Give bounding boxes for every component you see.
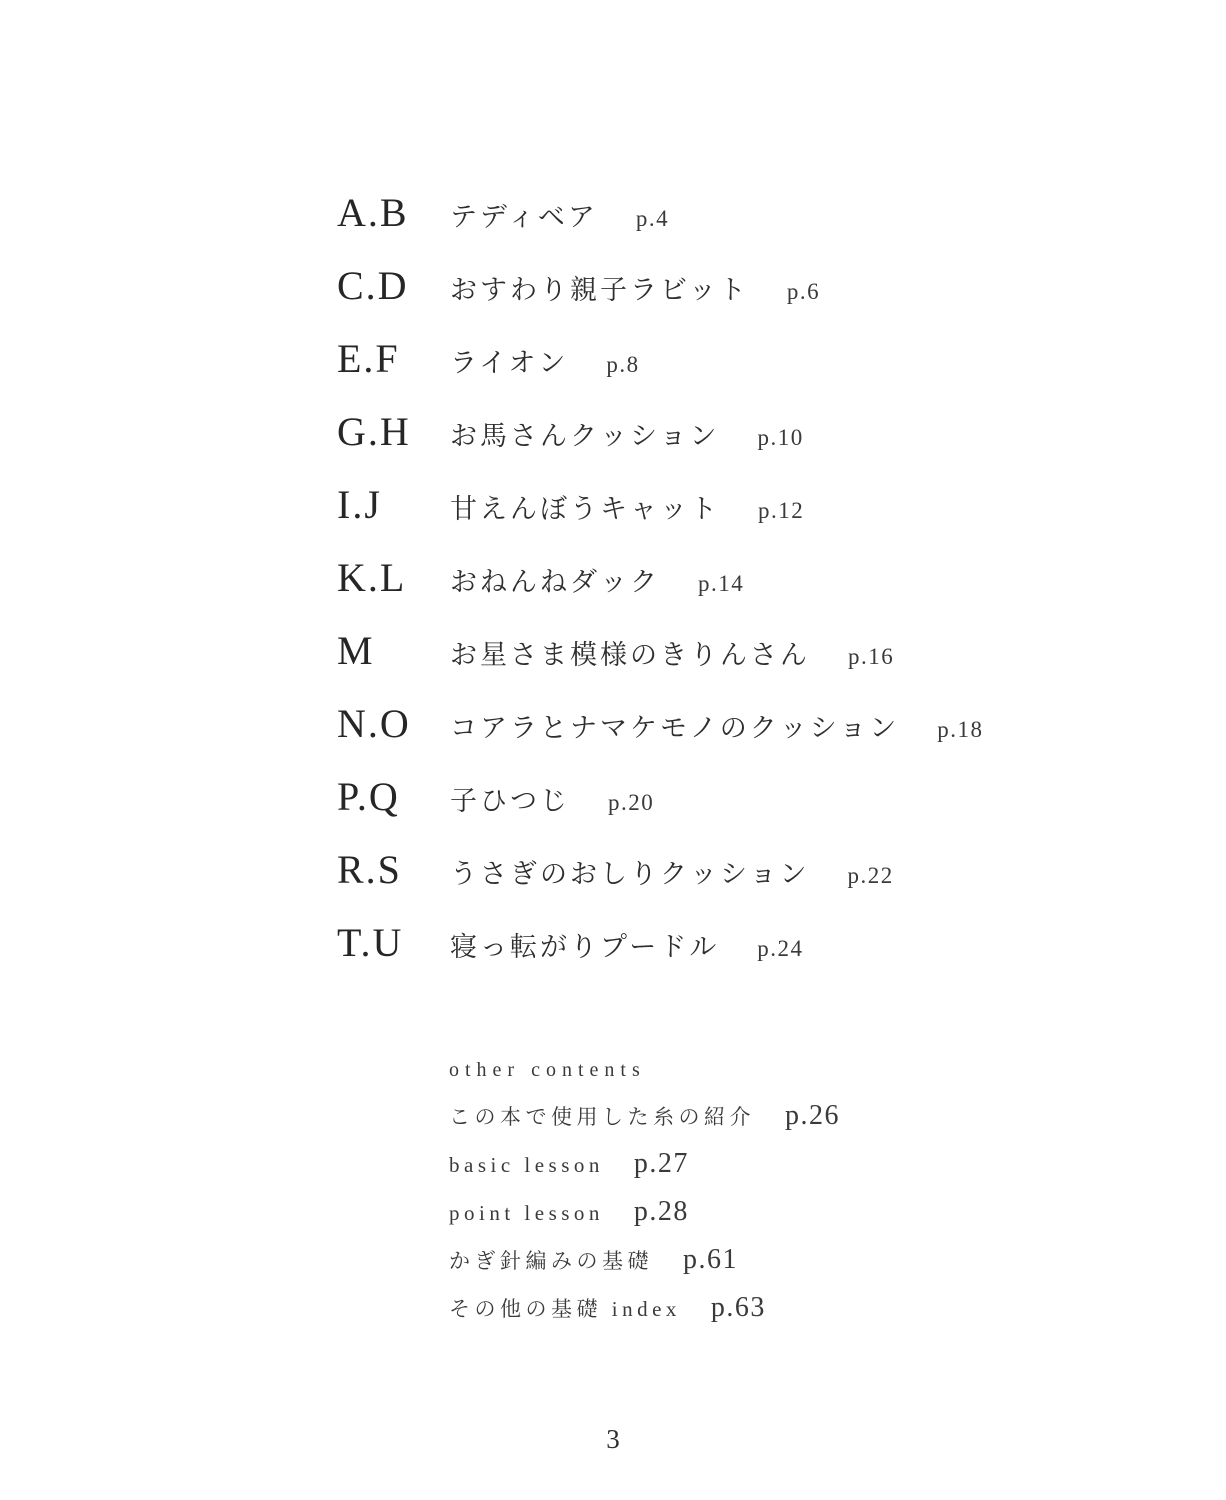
toc-entry: N.O コアラとナマケモノのクッション p.18 [337, 704, 983, 744]
toc-entry: G.H お馬さんクッション p.10 [337, 412, 983, 452]
toc-entry-page: p.22 [847, 864, 893, 887]
toc-entry: E.F ライオン p.8 [337, 339, 983, 379]
toc-entry-label: M [337, 631, 450, 671]
toc-entry-page: p.20 [608, 791, 654, 814]
toc-entry-title: 甘えんぼうキャット [450, 496, 720, 523]
toc-entry: R.S うさぎのおしりクッション p.22 [337, 850, 983, 890]
toc-entry: C.D おすわり親子ラビット p.6 [337, 266, 983, 306]
other-contents-page: p.28 [634, 1198, 689, 1226]
toc-list: A.B テディベア p.4 C.D おすわり親子ラビット p.6 E.F ライオ… [337, 193, 983, 963]
toc-entry-title: お馬さんクッション [450, 423, 719, 450]
toc-entry-label: K.L [337, 558, 450, 598]
toc-entry-page: p.8 [606, 353, 639, 376]
toc-entry-label: A.B [337, 193, 450, 233]
other-contents-page: p.27 [634, 1150, 689, 1178]
toc-entry-label: N.O [337, 704, 450, 744]
other-contents-title: この本で使用した糸の紹介 [449, 1107, 755, 1128]
other-contents-page: p.26 [785, 1102, 840, 1130]
other-contents-entry: かぎ針編みの基礎 p.61 [449, 1246, 840, 1274]
toc-entry-page: p.12 [758, 499, 804, 522]
other-contents-entry: この本で使用した糸の紹介 p.26 [449, 1102, 840, 1130]
toc-entry-title: テディベア [450, 204, 598, 231]
other-contents-heading: other contents [449, 1058, 840, 1082]
other-contents-title: basic lesson [449, 1155, 604, 1176]
toc-entry-title: うさぎのおしりクッション [450, 861, 809, 888]
other-contents-page: p.61 [683, 1246, 738, 1274]
toc-entry-title: おねんねダック [450, 569, 660, 596]
other-contents-title: point lesson [449, 1203, 604, 1224]
other-contents-section: other contents この本で使用した糸の紹介 p.26 basic l… [449, 1058, 840, 1322]
toc-entry-page: p.4 [636, 207, 669, 230]
toc-entry-label: T.U [337, 923, 450, 963]
toc-entry-title: ライオン [450, 350, 568, 377]
toc-entry: A.B テディベア p.4 [337, 193, 983, 233]
toc-entry-label: R.S [337, 850, 450, 890]
toc-entry-page: p.16 [848, 645, 894, 668]
toc-entry-label: G.H [337, 412, 450, 452]
other-contents-page: p.63 [711, 1294, 766, 1322]
toc-entry: M お星さま模様のきりんさん p.16 [337, 631, 983, 671]
toc-entry-label: E.F [337, 339, 450, 379]
toc-entry-title: 子ひつじ [450, 788, 570, 815]
toc-entry-label: I.J [337, 485, 450, 525]
toc-page: A.B テディベア p.4 C.D おすわり親子ラビット p.6 E.F ライオ… [0, 0, 1226, 1500]
toc-entry-page: p.14 [698, 572, 744, 595]
toc-entry: K.L おねんねダック p.14 [337, 558, 983, 598]
other-contents-title: その他の基礎 index [449, 1299, 681, 1320]
toc-entry-page: p.6 [787, 280, 820, 303]
toc-entry-title: おすわり親子ラビット [450, 277, 749, 304]
toc-entry-title: 寝っ転がりプードル [450, 934, 719, 961]
toc-entry-label: C.D [337, 266, 450, 306]
other-contents-entry: point lesson p.28 [449, 1198, 840, 1226]
toc-entry-page: p.10 [757, 426, 803, 449]
toc-entry-label: P.Q [337, 777, 450, 817]
toc-entry: I.J 甘えんぼうキャット p.12 [337, 485, 983, 525]
toc-entry-page: p.24 [757, 937, 803, 960]
other-contents-entry: その他の基礎 index p.63 [449, 1294, 840, 1322]
other-contents-title: かぎ針編みの基礎 [449, 1251, 653, 1272]
toc-entry-title: お星さま模様のきりんさん [450, 642, 810, 669]
toc-entry-page: p.18 [937, 718, 983, 741]
page-number: 3 [0, 1424, 1226, 1455]
other-contents-entry: basic lesson p.27 [449, 1150, 840, 1178]
toc-entry: P.Q 子ひつじ p.20 [337, 777, 983, 817]
toc-entry-title: コアラとナマケモノのクッション [450, 715, 899, 742]
toc-entry: T.U 寝っ転がりプードル p.24 [337, 923, 983, 963]
